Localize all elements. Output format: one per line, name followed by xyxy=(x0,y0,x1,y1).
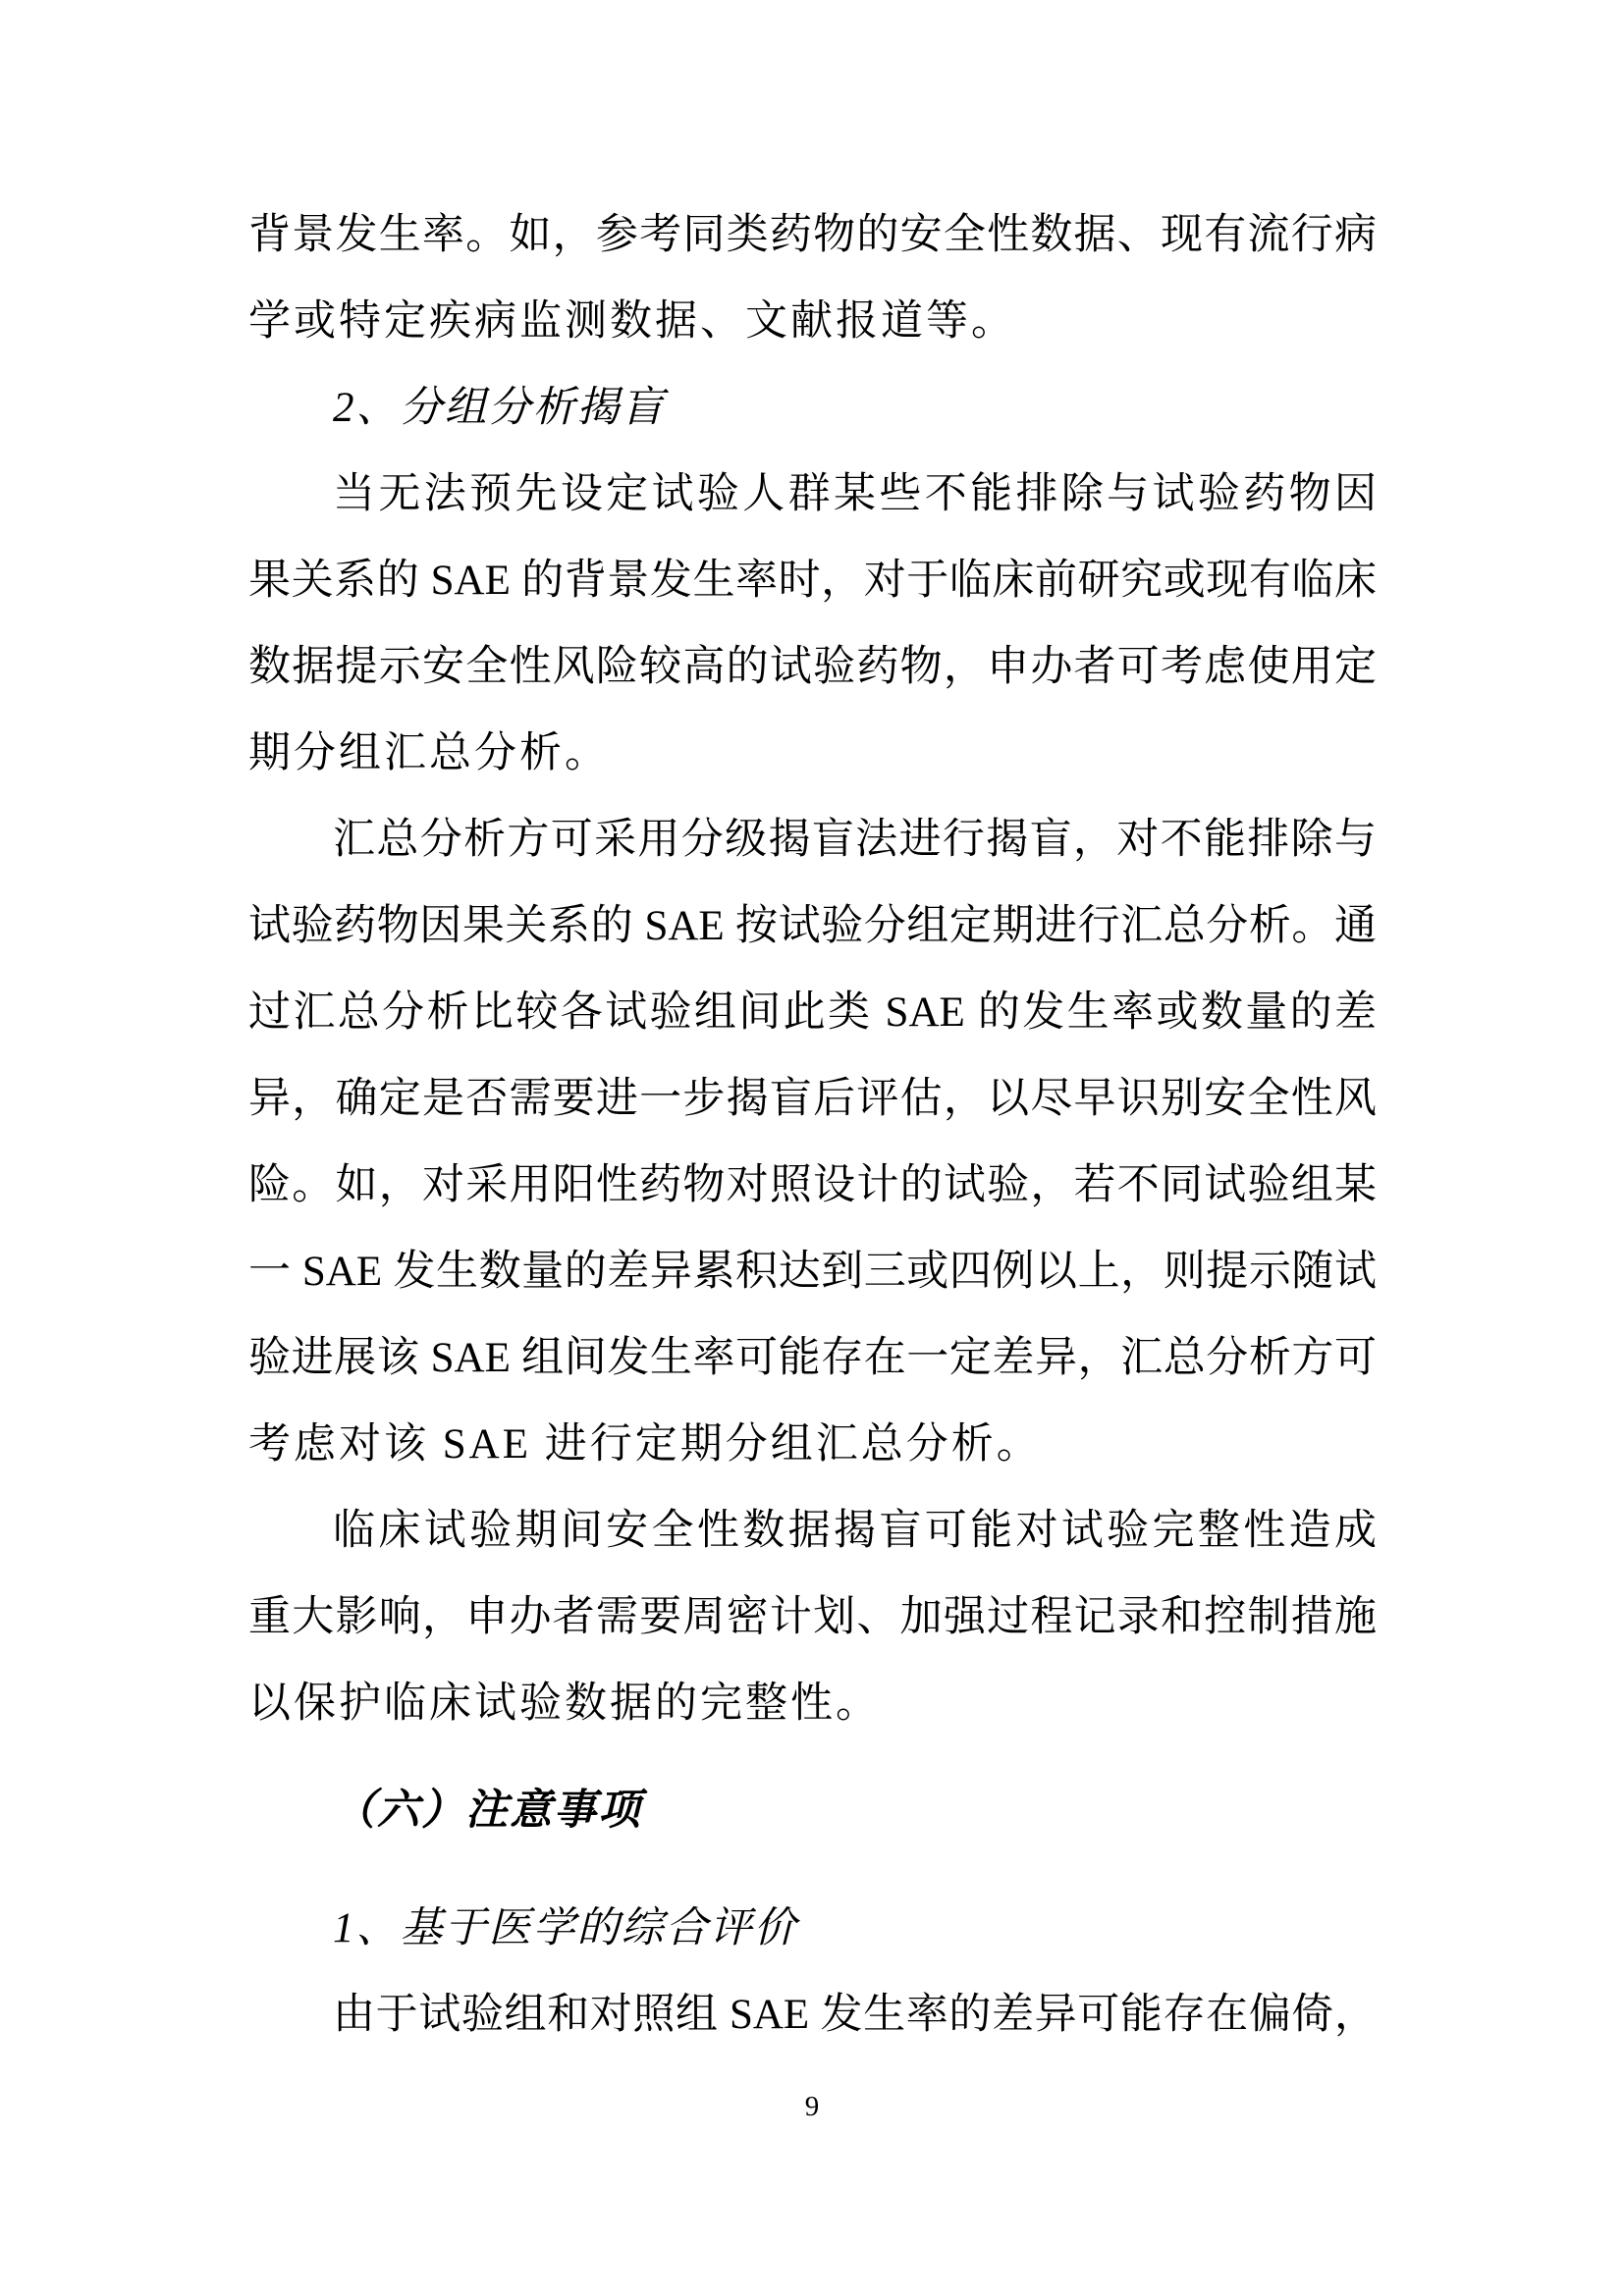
document-body: 背景发生率。如，参考同类药物的安全性数据、现有流行病学或特定疾病监测数据、文献报… xyxy=(248,192,1377,2058)
text-line: 临床试验期间安全性数据揭盲可能对试验完整性造成 xyxy=(248,1488,1377,1575)
text-line: 以保护临床试验数据的完整性。 xyxy=(248,1661,1377,1747)
text-line: 验进展该 SAE 组间发生率可能存在一定差异，汇总分析方可 xyxy=(248,1315,1377,1402)
text-line: 数据提示安全性风险较高的试验药物，申办者可考虑使用定 xyxy=(248,624,1377,711)
text-line: 考虑对该 SAE 进行定期分组汇总分析。 xyxy=(248,1402,1377,1488)
text-line: 汇总分析方可采用分级揭盲法进行揭盲，对不能排除与 xyxy=(248,797,1377,883)
text-line: 果关系的 SAE 的背景发生率时，对于临床前研究或现有临床 xyxy=(248,538,1377,624)
text-line: 过汇总分析比较各试验组间此类 SAE 的发生率或数量的差 xyxy=(248,970,1377,1056)
page-number: 9 xyxy=(0,2093,1624,2121)
text-line: 由于试验组和对照组 SAE 发生率的差异可能存在偏倚， xyxy=(248,1972,1377,2058)
text-line: 一 SAE 发生数量的差异累积达到三或四例以上，则提示随试 xyxy=(248,1229,1377,1315)
document-page: 背景发生率。如，参考同类药物的安全性数据、现有流行病学或特定疾病监测数据、文献报… xyxy=(0,0,1624,2296)
text-line: 重大影响，申办者需要周密计划、加强过程记录和控制措施 xyxy=(248,1575,1377,1661)
text-line: 1、基于医学的综合评价 xyxy=(248,1886,1377,1972)
text-line: 2、分组分析揭盲 xyxy=(248,365,1377,452)
text-line: 险。如，对采用阳性药物对照设计的试验，若不同试验组某 xyxy=(248,1143,1377,1229)
text-line: （六）注意事项 xyxy=(248,1768,1377,1854)
text-line: 背景发生率。如，参考同类药物的安全性数据、现有流行病 xyxy=(248,192,1377,279)
text-line: 学或特定疾病监测数据、文献报道等。 xyxy=(248,279,1377,365)
text-line: 当无法预先设定试验人群某些不能排除与试验药物因 xyxy=(248,452,1377,538)
text-line: 试验药物因果关系的 SAE 按试验分组定期进行汇总分析。通 xyxy=(248,883,1377,970)
text-line: 异，确定是否需要进一步揭盲后评估，以尽早识别安全性风 xyxy=(248,1056,1377,1143)
text-line: 期分组汇总分析。 xyxy=(248,711,1377,797)
